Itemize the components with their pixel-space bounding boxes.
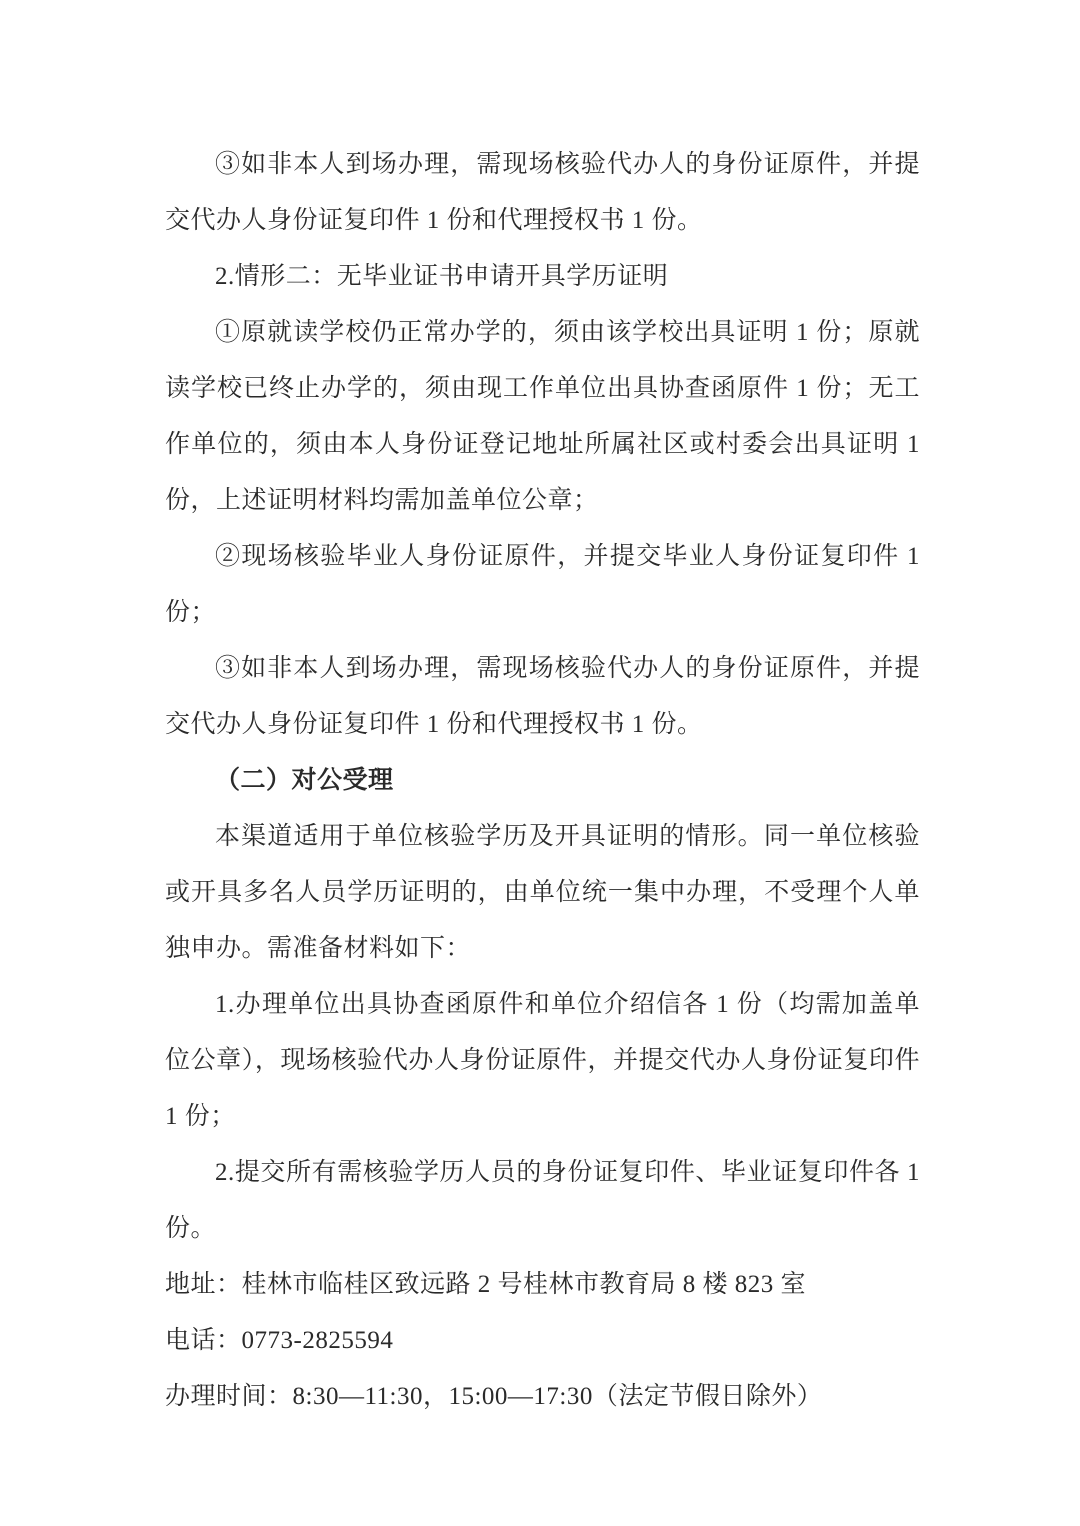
para-address: 地址：桂林市临桂区致远路 2 号桂林市教育局 8 楼 823 室 <box>165 1257 920 1313</box>
para-case2-item2-graduate-id: ②现场核验毕业人身份证原件，并提交毕业人身份证复印件 1 份； <box>165 529 920 641</box>
para-corporate-item1-letters: 1.办理单位出具协查函原件和单位介绍信各 1 份（均需加盖单位公章），现场核验代… <box>165 977 920 1145</box>
heading-corporate-acceptance: （二）对公受理 <box>165 753 920 809</box>
para-corporate-intro: 本渠道适用于单位核验学历及开具证明的情形。同一单位核验或开具多名人员学历证明的，… <box>165 809 920 977</box>
para-case2-item3-proxy-requirement: ③如非本人到场办理，需现场核验代办人的身份证原件，并提交代办人身份证复印件 1 … <box>165 641 920 753</box>
para-corporate-item2-copies: 2.提交所有需核验学历人员的身份证复印件、毕业证复印件各 1 份。 <box>165 1145 920 1257</box>
para-case2-title: 2.情形二：无毕业证书申请开具学历证明 <box>165 249 920 305</box>
para-office-hours: 办理时间：8:30—11:30，15:00—17:30（法定节假日除外） <box>165 1369 920 1425</box>
document-page: ③如非本人到场办理，需现场核验代办人的身份证原件，并提交代办人身份证复印件 1 … <box>165 137 920 1425</box>
para-case1-proxy-requirement: ③如非本人到场办理，需现场核验代办人的身份证原件，并提交代办人身份证复印件 1 … <box>165 137 920 249</box>
para-phone: 电话：0773-2825594 <box>165 1313 920 1369</box>
para-case2-item1-school-certificate: ①原就读学校仍正常办学的，须由该学校出具证明 1 份；原就读学校已终止办学的，须… <box>165 305 920 529</box>
